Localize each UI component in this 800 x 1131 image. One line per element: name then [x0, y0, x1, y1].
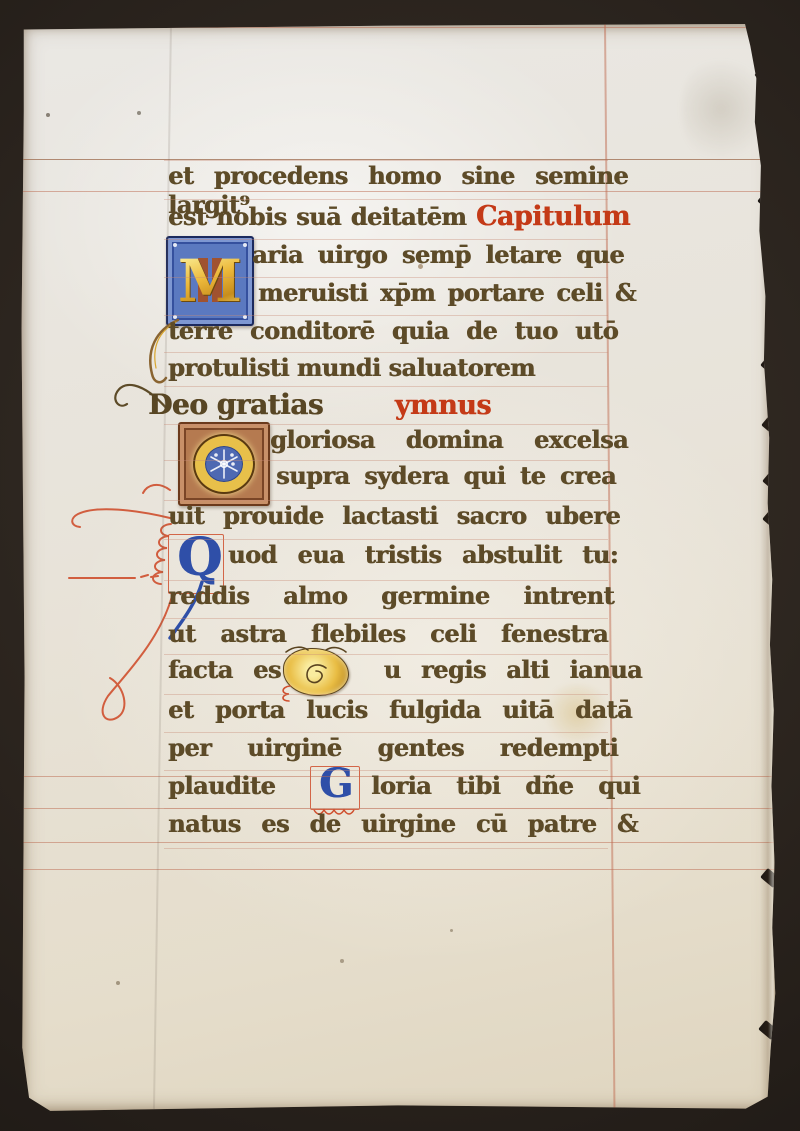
body-text: aria uirgo semp̄ letare que	[252, 240, 624, 269]
body-text: natus es de uirgine cū patre &	[168, 809, 638, 838]
binding-notch	[754, 66, 775, 86]
photo-backdrop: { "artifact": { "kind": "illuminated man…	[0, 0, 800, 1131]
star-penwork-icon	[206, 446, 242, 482]
body-text: et porta lucis fulgida uitā datā	[168, 695, 632, 724]
ruling-line	[20, 842, 776, 843]
body-text: per uirginē gentes redempti	[168, 733, 618, 762]
body-text: supra sydera qui te crea	[276, 461, 616, 490]
text-line: supra sydera qui te crea	[276, 462, 616, 491]
illuminated-initial-o	[178, 422, 270, 506]
text-line: natus es de uirgine cū patre &	[168, 810, 638, 839]
speck	[46, 113, 50, 117]
text-line: uit prouide lactasti sacro ubere	[168, 502, 620, 531]
text-line: Deo gratias ymnus	[148, 388, 491, 422]
initial-o-letter	[195, 436, 253, 492]
diaper-dot	[243, 243, 247, 247]
text-ruling-line	[164, 848, 608, 849]
text-ruling-line	[164, 386, 608, 387]
initial-gap	[331, 413, 387, 414]
stain	[682, 50, 760, 168]
speck	[116, 981, 120, 985]
ruling-line	[20, 869, 776, 870]
text-line: protulisti mundi saluatorem	[168, 354, 535, 383]
binding-notch	[762, 510, 783, 530]
text-line: terre conditorē quia de tuo utō	[168, 317, 618, 346]
body-text: est nobis suā deitatēm	[168, 202, 466, 231]
initial-m-letter: M	[178, 252, 242, 310]
text-line: et porta lucis fulgida uitā datā	[168, 696, 632, 725]
ruling-line	[20, 27, 776, 28]
body-text: reddis almo germine intrent	[168, 581, 614, 610]
body-text: uit prouide lactasti sacro ubere	[168, 501, 620, 530]
text-line: aria uirgo semp̄ letare que	[252, 241, 624, 270]
binding-notch	[757, 192, 778, 212]
rubric-text: ymnus	[395, 390, 491, 421]
illuminated-initial-m: M	[166, 236, 254, 326]
body-text: protulisti mundi saluatorem	[168, 353, 535, 382]
body-text: facta es	[168, 655, 281, 684]
binding-notch	[758, 1020, 779, 1040]
body-text: terre conditorē quia de tuo utō	[168, 316, 618, 345]
manuscript-leaf: M Q	[20, 24, 776, 1113]
body-text: gloriosa domina excelsa	[270, 425, 628, 454]
rubric-text: Capitulum	[476, 201, 630, 232]
text-ruling-line	[164, 199, 608, 200]
text-line: meruisti xp̄m portare celi &	[258, 279, 636, 308]
text-line: plaudite loria tibi dñe qui	[168, 772, 640, 801]
speck	[450, 929, 453, 932]
text-line: uod eua tristis abstulit tu:	[228, 541, 618, 570]
text-line: per uirginē gentes redempti	[168, 734, 618, 763]
diaper-dot	[173, 243, 177, 247]
speck	[137, 111, 141, 115]
body-text: ut astra flebiles celi fenestra	[168, 619, 608, 648]
speck	[340, 959, 344, 963]
text-line: ut astra flebiles celi fenestra	[168, 620, 608, 649]
text-line: gloriosa domina excelsa	[270, 426, 628, 455]
binding-notch	[760, 356, 781, 376]
body-text: uod eua tristis abstulit tu:	[228, 540, 618, 569]
body-text: plaudite	[168, 771, 275, 800]
initial-gap	[301, 677, 363, 678]
text-line: facta es u regis alti ianua	[168, 656, 642, 685]
initial-gap	[300, 793, 346, 794]
text-line: reddis almo germine intrent	[168, 582, 614, 611]
binding-notch	[760, 868, 781, 888]
body-text: loria tibi dñe qui	[371, 771, 640, 800]
body-text: meruisti xp̄m portare celi &	[258, 278, 636, 307]
text-line: est nobis suā deitatēm Capitulum	[168, 201, 630, 233]
body-text: Deo gratias	[148, 388, 323, 421]
binding-notch	[761, 416, 782, 436]
body-text: u regis alti ianua	[384, 655, 642, 684]
binding-notch	[762, 472, 783, 492]
